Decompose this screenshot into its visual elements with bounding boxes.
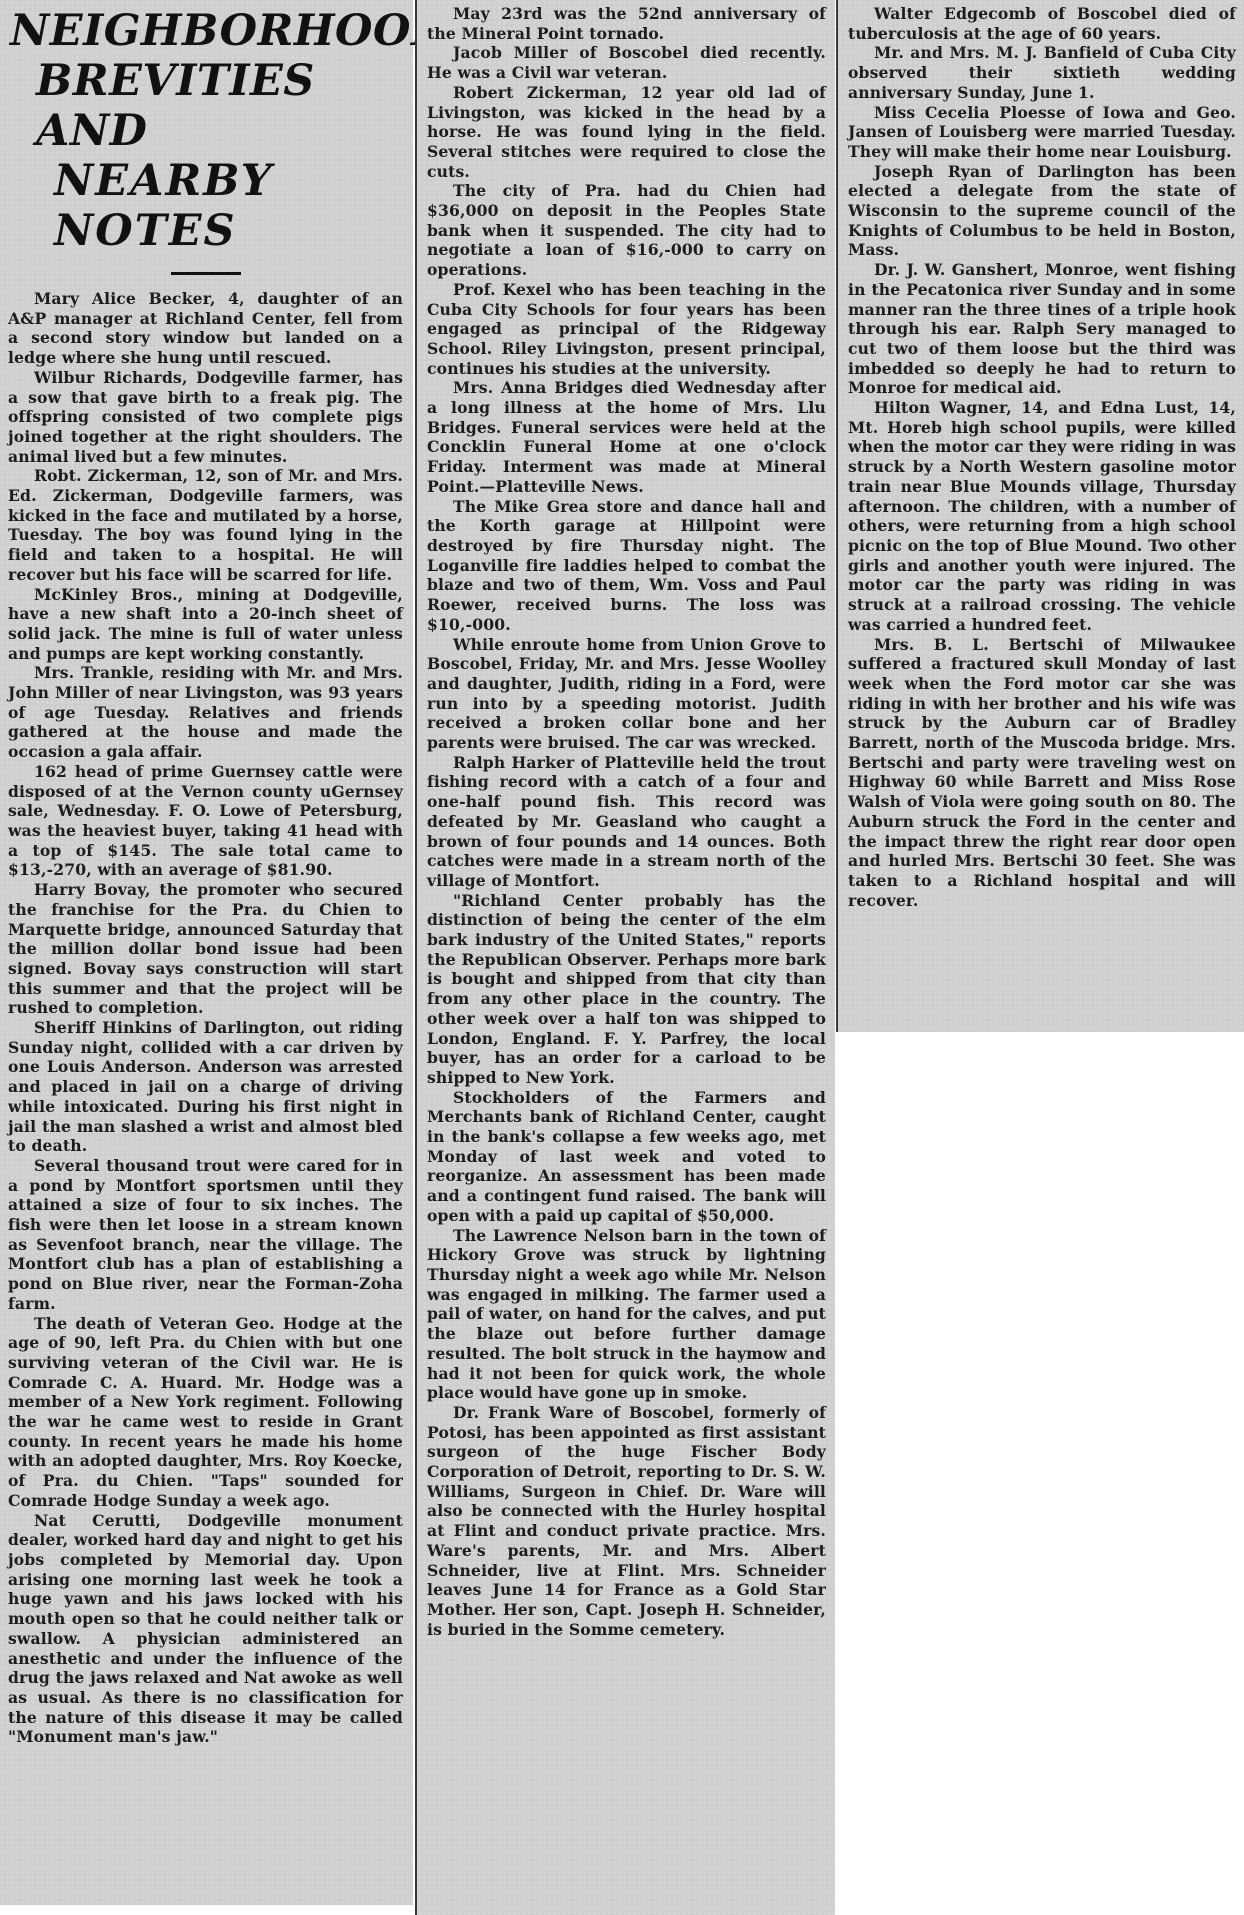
column-1: NEIGHBORHOOD BREVITIES AND NEARBY NOTES …	[0, 0, 413, 1905]
news-item: Robert Zickerman, 12 year old lad of Liv…	[427, 83, 826, 182]
news-item: The Lawrence Nelson barn in the town of …	[427, 1226, 826, 1403]
news-item: Hilton Wagner, 14, and Edna Lust, 14, Mt…	[848, 398, 1236, 634]
news-item: Mrs. Trankle, residing with Mr. and Mrs.…	[8, 663, 403, 762]
news-item: "Richland Center probably has the distin…	[427, 891, 826, 1088]
news-item: The city of Pra. had du Chien had $36,00…	[427, 181, 826, 280]
column-3: Walter Edgecomb of Boscobel died of tube…	[836, 0, 1244, 1032]
news-item: Miss Cecelia Ploesse of Iowa and Geo. Ja…	[848, 103, 1236, 162]
news-item: May 23rd was the 52nd anniversary of the…	[427, 4, 826, 43]
news-item: Mary Alice Becker, 4, daughter of an A&P…	[8, 289, 403, 368]
news-item: 162 head of prime Guernsey cattle were d…	[8, 762, 403, 880]
news-item: The Mike Grea store and dance hall and t…	[427, 497, 826, 635]
column-items: Walter Edgecomb of Boscobel died of tube…	[848, 4, 1236, 910]
column-items: Mary Alice Becker, 4, daughter of an A&P…	[8, 289, 403, 1747]
column-2: May 23rd was the 52nd anniversary of the…	[415, 0, 835, 1915]
news-item: Several thousand trout were cared for in…	[8, 1156, 403, 1314]
news-item: Walter Edgecomb of Boscobel died of tube…	[848, 4, 1236, 43]
news-item: Nat Cerutti, Dodgeville monument dealer,…	[8, 1511, 403, 1747]
news-item: Mrs. B. L. Bertschi of Milwaukee suffere…	[848, 635, 1236, 911]
news-item: Jacob Miller of Boscobel died recently. …	[427, 43, 826, 82]
news-item: Mr. and Mrs. M. J. Banfield of Cuba City…	[848, 43, 1236, 102]
headline-rule	[171, 272, 241, 275]
headline: NEIGHBORHOOD BREVITIES AND NEARBY NOTES	[10, 6, 403, 256]
news-item: Mrs. Anna Bridges died Wednesday after a…	[427, 378, 826, 496]
news-item: Ralph Harker of Platteville held the tro…	[427, 753, 826, 891]
news-item: While enroute home from Union Grove to B…	[427, 635, 826, 753]
column-items: May 23rd was the 52nd anniversary of the…	[427, 4, 826, 1639]
headline-line: NEARBY NOTES	[10, 156, 403, 256]
news-item: Sheriff Hinkins of Darlington, out ridin…	[8, 1018, 403, 1156]
headline-line: NEIGHBORHOOD	[10, 6, 403, 56]
news-item: Dr. J. W. Ganshert, Monroe, went fishing…	[848, 260, 1236, 398]
news-item: Wilbur Richards, Dodgeville farmer, has …	[8, 368, 403, 467]
news-item: The death of Veteran Geo. Hodge at the a…	[8, 1314, 403, 1511]
news-item: McKinley Bros., mining at Dodgeville, ha…	[8, 585, 403, 664]
news-item: Stockholders of the Farmers and Merchant…	[427, 1088, 826, 1226]
headline-line: BREVITIES AND	[10, 56, 403, 156]
news-item: Joseph Ryan of Darlington has been elect…	[848, 162, 1236, 261]
news-item: Robt. Zickerman, 12, son of Mr. and Mrs.…	[8, 466, 403, 584]
news-item: Dr. Frank Ware of Boscobel, formerly of …	[427, 1403, 826, 1639]
news-item: Prof. Kexel who has been teaching in the…	[427, 280, 826, 379]
news-item: Harry Bovay, the promoter who secured th…	[8, 880, 403, 1018]
